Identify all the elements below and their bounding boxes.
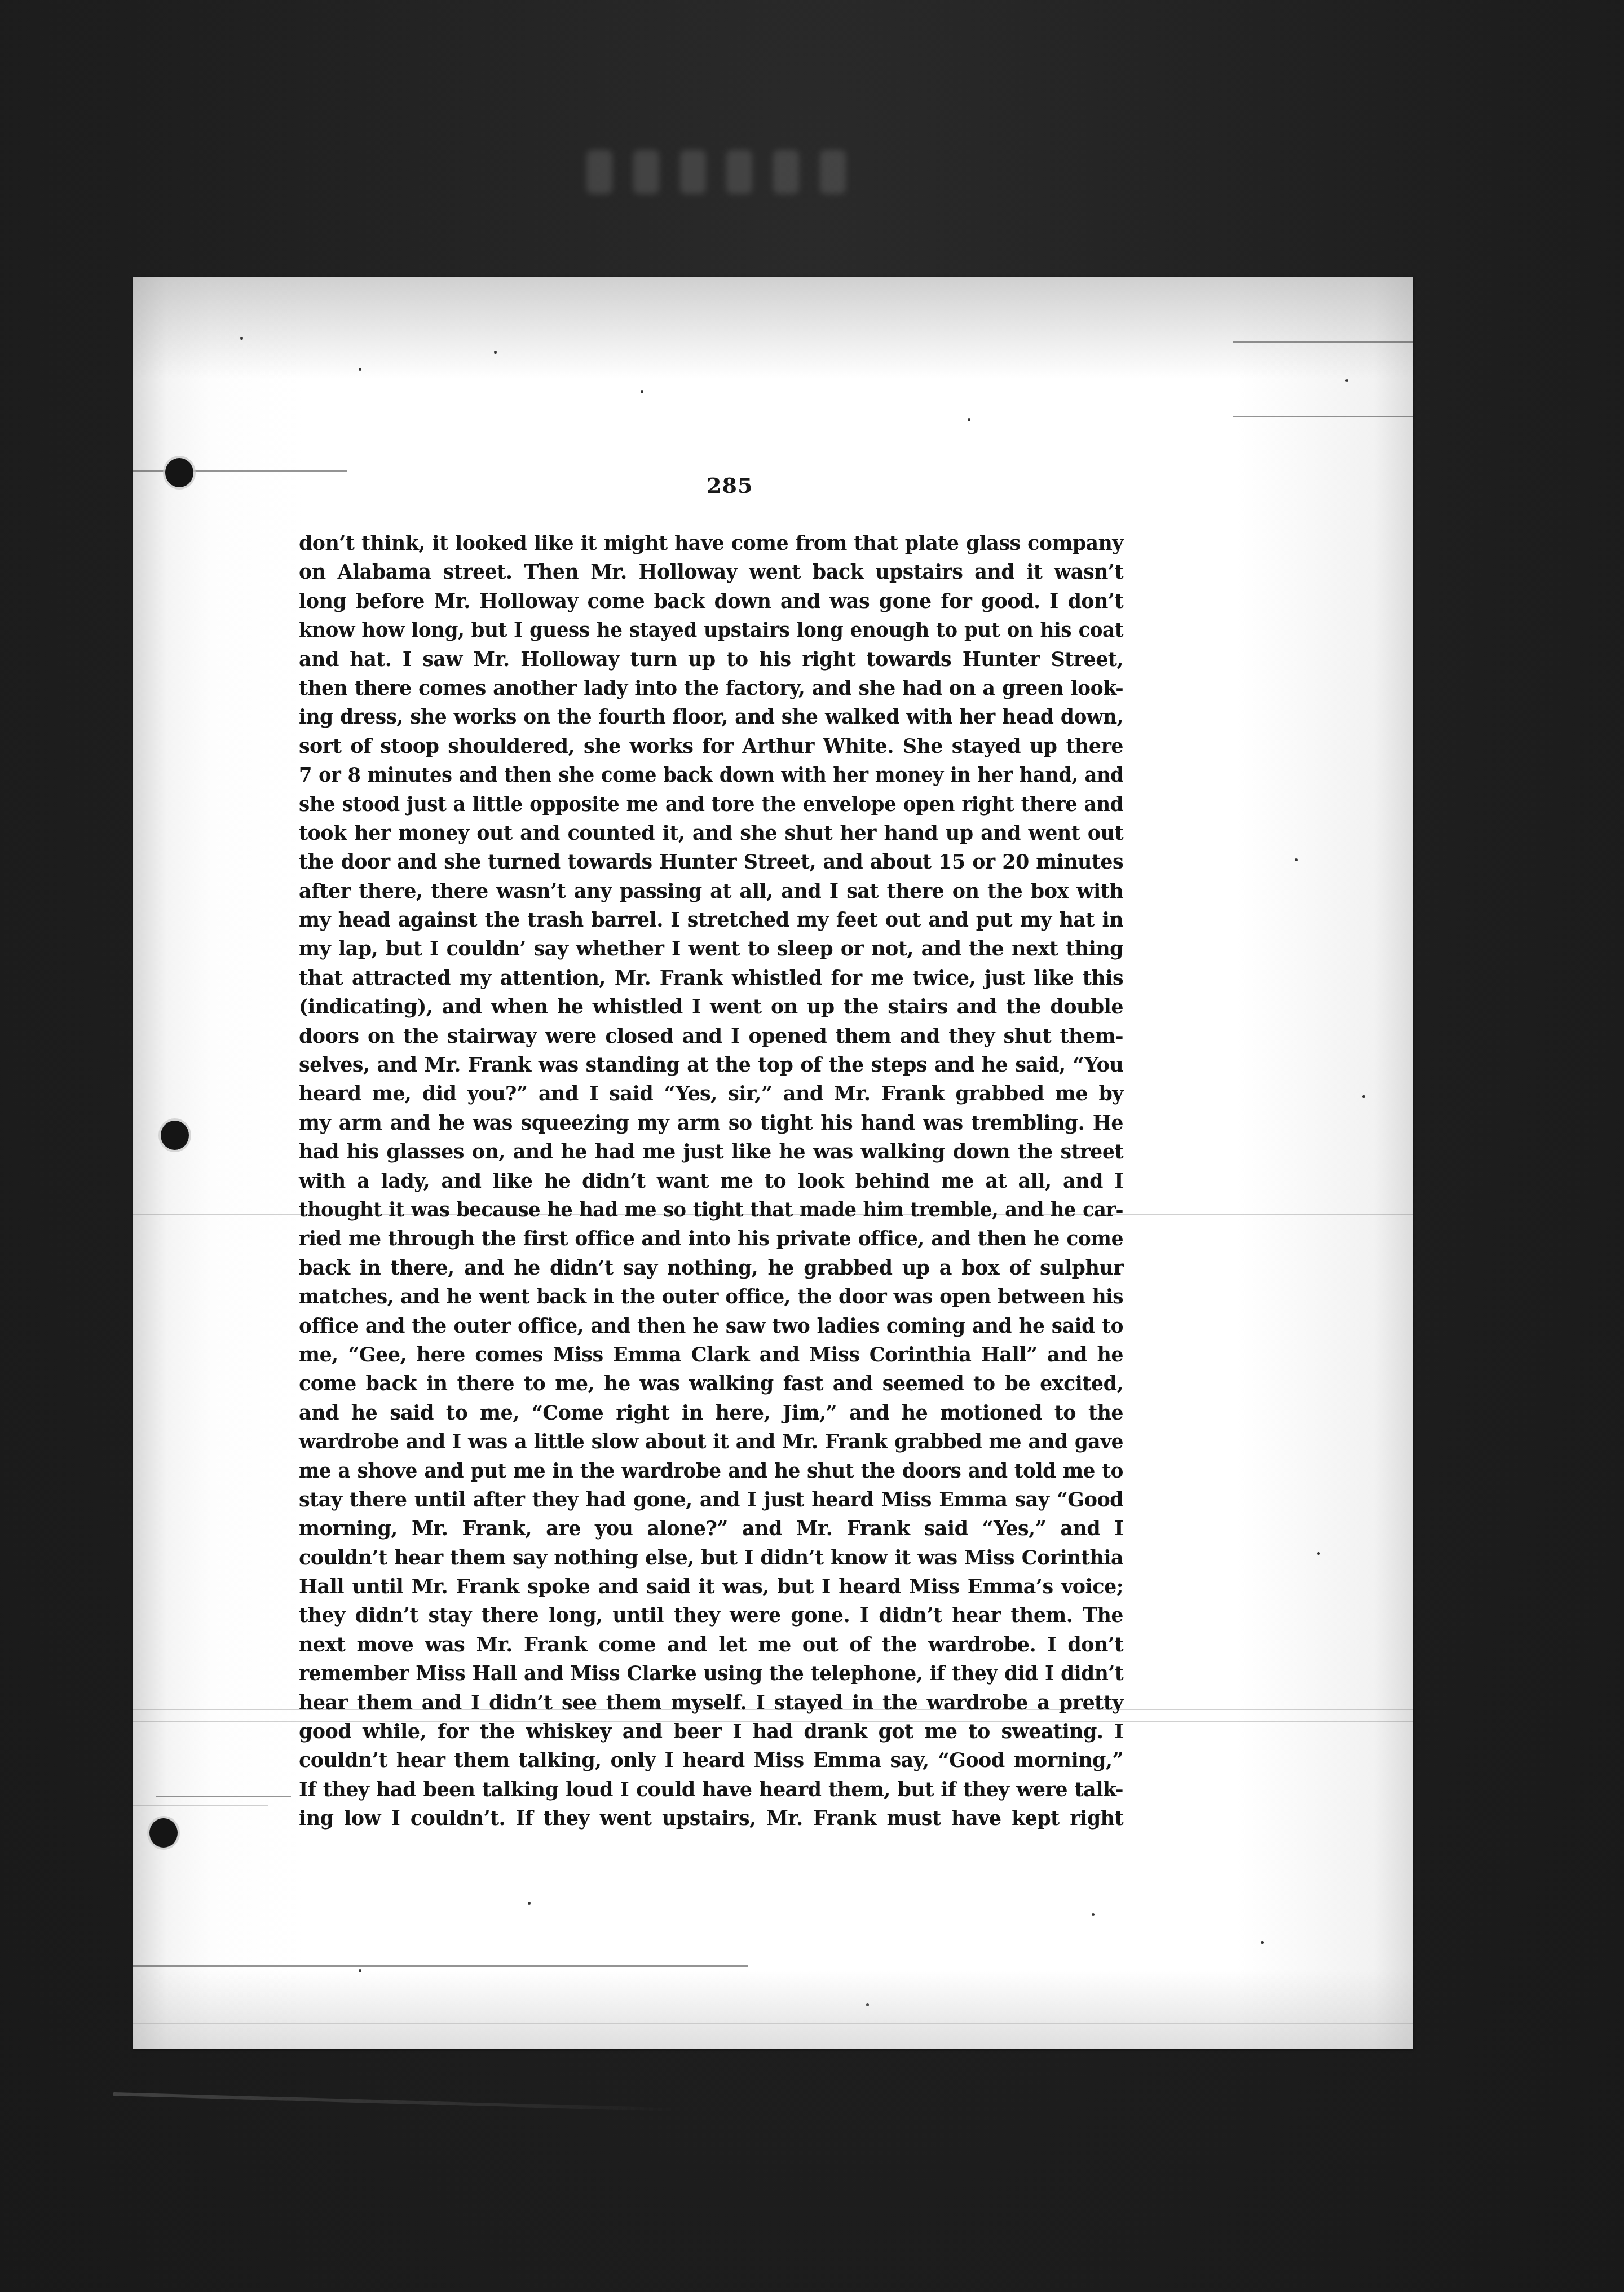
text-line: my head against the trash barrel. I stre… [299,906,1123,935]
text-line: doors on the stairway were closed and I … [299,1022,1123,1051]
text-line: and hat. I saw Mr. Holloway turn up to h… [299,645,1123,674]
text-line: me, “Gee, here comes Miss Emma Clark and… [299,1341,1123,1369]
dust-speck [1317,1552,1320,1555]
dust-speck [1345,379,1348,382]
text-line: hear them and I didn’t see them myself. … [299,1689,1123,1717]
text-line: don’t think, it looked like it might hav… [299,529,1123,558]
dust-speck [1092,1913,1095,1916]
text-line: long before Mr. Holloway come back down … [299,587,1123,616]
scan-artifact-line [133,1805,268,1806]
dust-speck [968,418,970,421]
text-line: on Alabama street. Then Mr. Holloway wen… [299,558,1123,587]
film-frame-marker [586,141,846,203]
dust-speck [240,337,243,340]
dust-speck [1261,1941,1264,1944]
text-line: ried me through the first office and int… [299,1224,1123,1253]
dust-speck [866,2003,869,2006]
dust-speck [1362,1095,1365,1098]
punch-hole-middle [161,1121,189,1150]
text-line: (indicating), and when he whistled I wen… [299,993,1123,1021]
dust-speck [1295,858,1298,861]
text-line: ing dress, she works on the fourth floor… [299,703,1123,731]
text-line: Hall until Mr. Frank spoke and said it w… [299,1572,1123,1601]
text-line: remember Miss Hall and Miss Clarke using… [299,1659,1123,1688]
scan-artifact-line [133,1965,748,1967]
text-line: come back in there to me, he was walking… [299,1369,1123,1398]
transcript-body: don’t think, it looked like it might hav… [299,529,1123,1833]
text-line: with a lady, and like he didn’t want me … [299,1167,1123,1196]
text-line: my lap, but I couldn’ say whether I went… [299,935,1123,963]
text-line: wardrobe and I was a little slow about i… [299,1427,1123,1456]
text-line: after there, there wasn’t any passing at… [299,877,1123,906]
text-line: couldn’t hear them say nothing else, but… [299,1544,1123,1572]
punch-hole-bottom [149,1818,178,1848]
text-line: my arm and he was squeezing my arm so ti… [299,1109,1123,1138]
text-line: 7 or 8 minutes and then she come back do… [299,761,1123,790]
text-line: thought it was because he had me so tigh… [299,1196,1123,1224]
punch-hole-top [165,458,193,487]
text-line: matches, and he went back in the outer o… [299,1282,1123,1311]
text-line: had his glasses on, and he had me just l… [299,1138,1123,1166]
dust-speck [359,368,361,371]
dust-speck [494,351,497,354]
text-line: she stood just a little opposite me and … [299,790,1123,819]
text-line: heard me, did you?” and I said “Yes, sir… [299,1079,1123,1108]
text-line: stay there until after they had gone, an… [299,1486,1123,1514]
dust-speck [359,1969,361,1972]
text-line: then there comes another lady into the f… [299,674,1123,703]
dust-speck [641,390,643,393]
text-line: office and the outer office, and then he… [299,1312,1123,1341]
text-line: next move was Mr. Frank come and let me … [299,1630,1123,1659]
page-number: 285 [707,473,753,498]
scan-artifact-line [1233,341,1413,343]
text-line: ing low I couldn’t. If they went upstair… [299,1804,1123,1833]
dust-speck [528,1902,531,1905]
text-line: me a shove and put me in the wardrobe an… [299,1457,1123,1486]
text-line: they didn’t stay there long, until they … [299,1601,1123,1630]
text-line: that attracted my attention, Mr. Frank w… [299,964,1123,993]
text-line: morning, Mr. Frank, are you alone?” and … [299,1514,1123,1543]
text-line: sort of stoop shouldered, she works for … [299,732,1123,761]
scan-artifact-line [156,1796,291,1797]
text-line: couldn’t hear them talking, only I heard… [299,1746,1123,1775]
text-line: and he said to me, “Come right in here, … [299,1399,1123,1427]
scan-artifact-line [133,2023,1413,2024]
text-line: took her money out and counted it, and s… [299,819,1123,848]
text-line: selves, and Mr. Frank was standing at th… [299,1051,1123,1079]
scan-artifact-line [1233,416,1413,417]
text-line: the door and she turned towards Hunter S… [299,848,1123,876]
text-line: If they had been talking loud I could ha… [299,1775,1123,1804]
text-line: know how long, but I guess he stayed ups… [299,616,1123,645]
text-line: good while, for the whiskey and beer I h… [299,1717,1123,1746]
text-line: back in there, and he didn’t say nothing… [299,1254,1123,1282]
